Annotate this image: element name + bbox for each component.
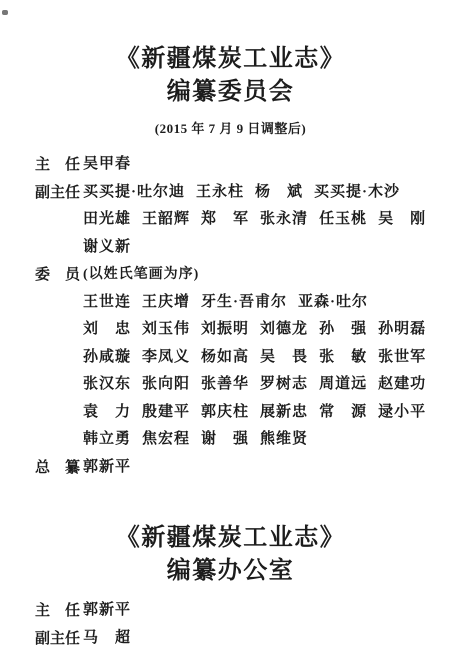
person-name: 袁 力 [83, 399, 131, 427]
person-name: 任玉桃 [319, 206, 367, 234]
credit-row: 副主任马 超 [35, 625, 426, 653]
credit-row: 委 员(以姓氏笔画为序)王世连王庆增牙生·吾甫尔亚森·吐尔刘 忠刘玉伟刘振明刘德… [35, 261, 426, 454]
office-title-line2: 编纂办公室 [35, 554, 426, 587]
person-name: 张善华 [201, 371, 249, 399]
person-name: 张汉东 [83, 371, 131, 399]
person-name: 牙生·吾甫尔 [201, 289, 287, 317]
person-name: 韩立勇 [83, 426, 131, 454]
role-label: 总 纂 [35, 454, 83, 482]
person-name: 熊维贤 [260, 426, 308, 454]
name-lines: (以姓氏笔画为序)王世连王庆增牙生·吾甫尔亚森·吐尔刘 忠刘玉伟刘振明刘德龙孙 … [83, 261, 426, 454]
person-name: 吴 畏 [260, 344, 308, 372]
name-line: 买买提·吐尔迪王永柱杨 斌买买提·木沙 [83, 179, 426, 207]
person-name: 罗树志 [260, 371, 308, 399]
name-line: 韩立勇焦宏程谢 强熊维贤 [83, 426, 426, 454]
person-name: 马 超 [83, 625, 131, 653]
person-name: 刘玉伟 [142, 316, 190, 344]
person-name: 吴 刚 [378, 206, 426, 234]
name-line: 谢义新 [83, 234, 426, 262]
person-name: 吴甲春 [83, 151, 131, 179]
name-line: 刘 忠刘玉伟刘振明刘德龙孙 强孙明磊 [83, 316, 426, 344]
person-name: 田光雄 [83, 206, 131, 234]
person-name: 焦宏程 [142, 426, 190, 454]
person-name: 张永清 [260, 206, 308, 234]
revision-date-note: (2015 年 7 月 9 日调整后) [35, 118, 426, 137]
name-line: 孙咸璇李凤义杨如高吴 畏张 敏张世军 [83, 344, 426, 372]
person-name: 李凤义 [142, 344, 190, 372]
person-name: 逯小平 [378, 399, 426, 427]
name-lines: 郭新平 [83, 597, 426, 625]
person-name: 买买提·木沙 [314, 179, 400, 207]
scanned-page: 《新疆煤炭工业志》 编纂委员会 (2015 年 7 月 9 日调整后) 主 任吴… [0, 0, 450, 662]
person-name: 张 敏 [319, 344, 367, 372]
person-name: 刘 忠 [83, 316, 131, 344]
committee-section: 《新疆煤炭工业志》 编纂委员会 (2015 年 7 月 9 日调整后) 主 任吴… [35, 42, 426, 481]
person-name: 孙明磊 [378, 316, 426, 344]
person-name: 孙 强 [319, 316, 367, 344]
role-label: 委 员 [35, 261, 83, 289]
person-name: 张世军 [378, 344, 426, 372]
person-name: 常 源 [319, 399, 367, 427]
credit-row: 副主任买买提·吐尔迪王永柱杨 斌买买提·木沙田光雄王韶辉郑 军张永清任玉桃吴 刚… [35, 179, 426, 262]
person-name: 王庆增 [142, 289, 190, 317]
role-label: 主 任 [35, 151, 83, 179]
name-line: 王世连王庆增牙生·吾甫尔亚森·吐尔 [83, 289, 426, 317]
credit-row: 主 任吴甲春 [35, 151, 426, 179]
person-name: 亚森·吐尔 [298, 289, 368, 317]
name-line: 袁 力殷建平郭庆柱展新忠常 源逯小平 [83, 399, 426, 427]
person-name: 王世连 [83, 289, 131, 317]
person-name: 杨如高 [201, 344, 249, 372]
name-lines: 郭新平 [83, 454, 426, 482]
office-section: 《新疆煤炭工业志》 编纂办公室 主 任郭新平副主任马 超 [35, 521, 426, 652]
credit-row: 主 任郭新平 [35, 597, 426, 625]
name-line: 田光雄王韶辉郑 军张永清任玉桃吴 刚 [83, 206, 426, 234]
person-name: 郭新平 [83, 454, 131, 482]
person-name: 谢义新 [83, 234, 131, 262]
scan-artifact [2, 10, 8, 15]
name-line: 郭新平 [83, 597, 426, 625]
name-line: 马 超 [83, 625, 426, 653]
sort-note-line: (以姓氏笔画为序) [83, 261, 426, 289]
person-name: 王永柱 [196, 179, 244, 207]
name-lines: 马 超 [83, 625, 426, 653]
person-name: 郭庆柱 [201, 399, 249, 427]
role-label: 副主任 [35, 625, 83, 653]
name-line: 郭新平 [83, 454, 426, 482]
sort-note: (以姓氏笔画为序) [83, 261, 199, 289]
person-name: 孙咸璇 [83, 344, 131, 372]
name-lines: 买买提·吐尔迪王永柱杨 斌买买提·木沙田光雄王韶辉郑 军张永清任玉桃吴 刚谢义新 [83, 179, 426, 262]
person-name: 买买提·吐尔迪 [83, 179, 185, 207]
person-name: 刘德龙 [260, 316, 308, 344]
committee-title-line1: 《新疆煤炭工业志》 [35, 42, 426, 75]
credit-row: 总 纂郭新平 [35, 454, 426, 482]
name-line: 吴甲春 [83, 151, 426, 179]
committee-title-line2: 编纂委员会 [35, 75, 426, 108]
role-label: 主 任 [35, 597, 83, 625]
name-lines: 吴甲春 [83, 151, 426, 179]
office-rows: 主 任郭新平副主任马 超 [35, 597, 426, 652]
role-label: 副主任 [35, 179, 83, 207]
name-line: 张汉东张向阳张善华罗树志周道远赵建功 [83, 371, 426, 399]
committee-rows: 主 任吴甲春副主任买买提·吐尔迪王永柱杨 斌买买提·木沙田光雄王韶辉郑 军张永清… [35, 151, 426, 481]
person-name: 郑 军 [201, 206, 249, 234]
person-name: 张向阳 [142, 371, 190, 399]
person-name: 周道远 [319, 371, 367, 399]
person-name: 殷建平 [142, 399, 190, 427]
person-name: 刘振明 [201, 316, 249, 344]
person-name: 赵建功 [378, 371, 426, 399]
person-name: 郭新平 [83, 597, 131, 625]
person-name: 展新忠 [260, 399, 308, 427]
office-title-line1: 《新疆煤炭工业志》 [35, 521, 426, 554]
person-name: 王韶辉 [142, 206, 190, 234]
person-name: 谢 强 [201, 426, 249, 454]
person-name: 杨 斌 [255, 179, 303, 207]
